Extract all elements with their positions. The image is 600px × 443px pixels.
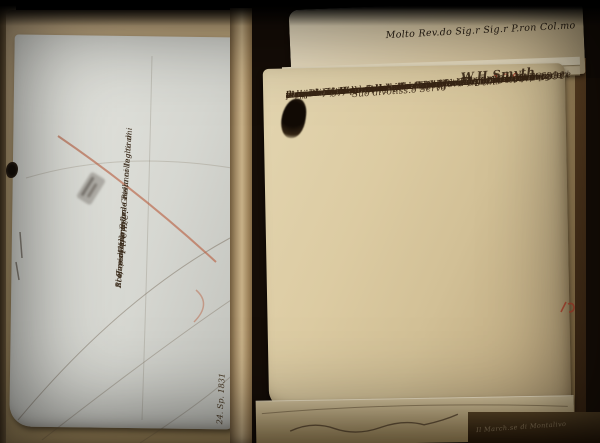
signature-flourish: — [460, 68, 473, 86]
letter-text-block: Bedford a' 20 Ottobre 1831 136 Stimatiss… [285, 68, 560, 88]
page-corner-stack: Il March.se di Montalivo [468, 412, 600, 443]
page-fore-edge [575, 58, 586, 443]
manuscript-letter: Bedford a' 20 Ottobre 1831 136 Stimatiss… [263, 63, 572, 417]
photo-top-shadow [300, 0, 600, 10]
red-edge-mark [559, 300, 577, 315]
corner-inscription: Il March.se di Montalivo [476, 418, 596, 434]
page-fore-edge [586, 78, 600, 443]
album-photo: Al Reverend.mo P.re Giovanni Inghirami S… [0, 0, 600, 443]
